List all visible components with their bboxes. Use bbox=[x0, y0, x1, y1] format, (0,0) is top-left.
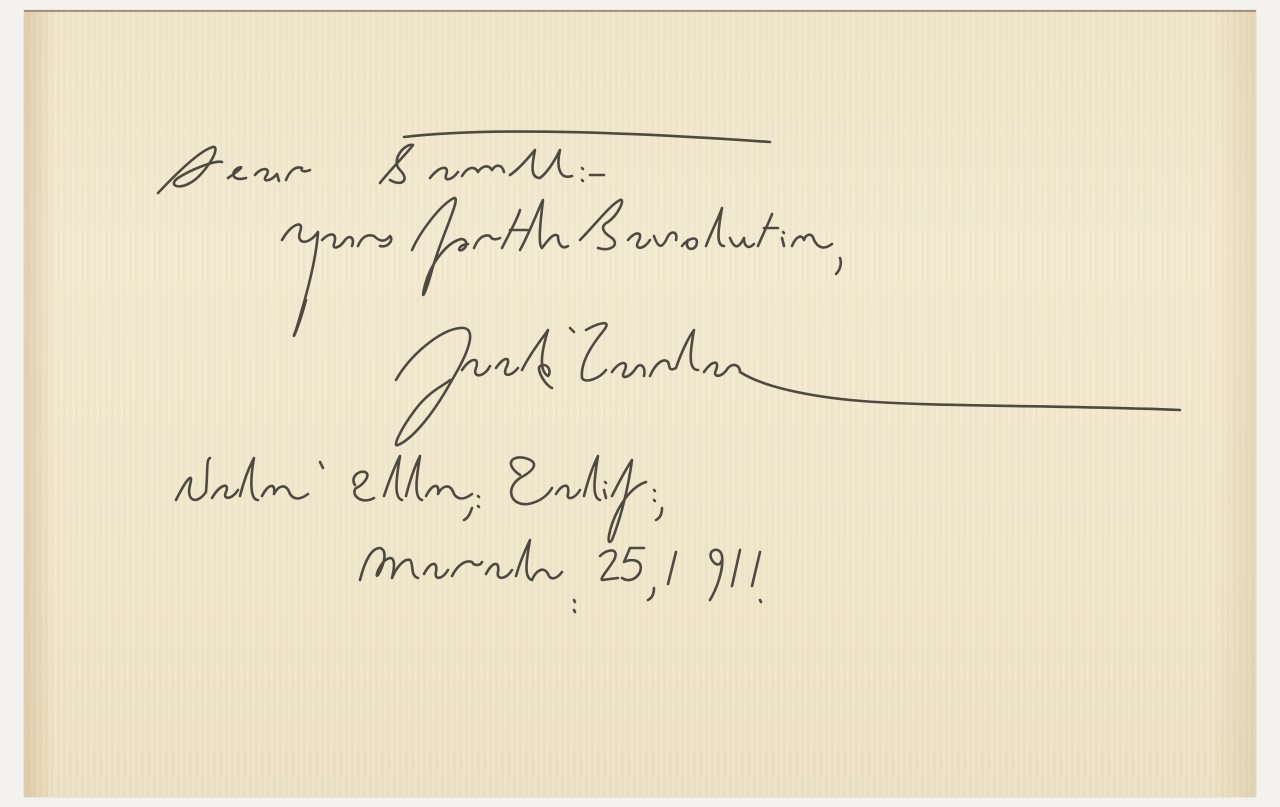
letter-paper bbox=[24, 10, 1256, 797]
